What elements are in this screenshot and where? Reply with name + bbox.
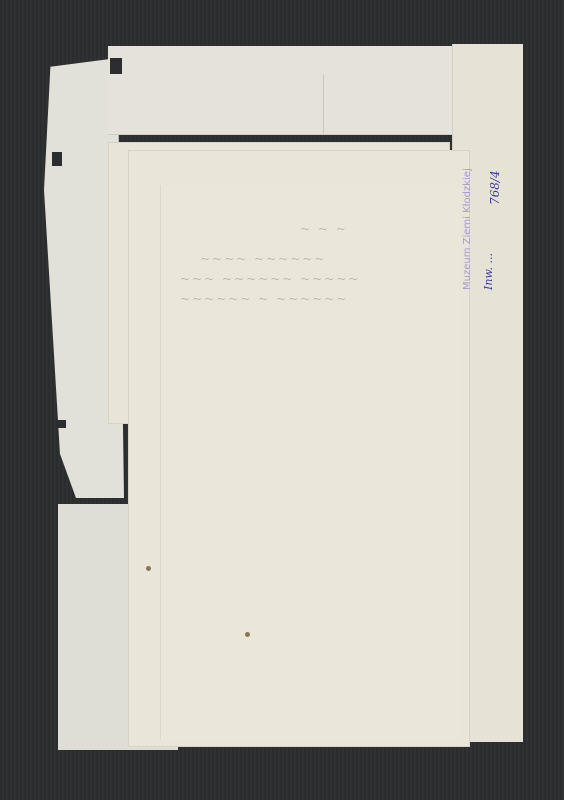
ink-spot xyxy=(245,632,250,637)
paper-damage xyxy=(52,152,62,166)
paper-damage xyxy=(110,58,122,74)
bleed-through-text: ~~~ ~~~~~~ ~~~~~ xyxy=(180,272,360,286)
bleed-through-text: ~ ~ ~ xyxy=(300,222,348,236)
bleed-through-text: ~~~~ ~~~~~~ xyxy=(200,252,326,266)
paper-damage xyxy=(58,420,66,428)
inventory-signature: Inw. ... xyxy=(482,253,495,290)
fold-line xyxy=(323,74,324,134)
top-paper-strip xyxy=(108,46,458,135)
inner-paper-sheet xyxy=(160,185,461,740)
bleed-through-text: ~~~~~~ ~ ~~~~~~ xyxy=(180,292,348,306)
museum-stamp: Muzeum Ziemi Kłodzkiej xyxy=(462,168,473,290)
ink-spot xyxy=(146,566,151,571)
inventory-number: 768/4 xyxy=(488,170,502,205)
